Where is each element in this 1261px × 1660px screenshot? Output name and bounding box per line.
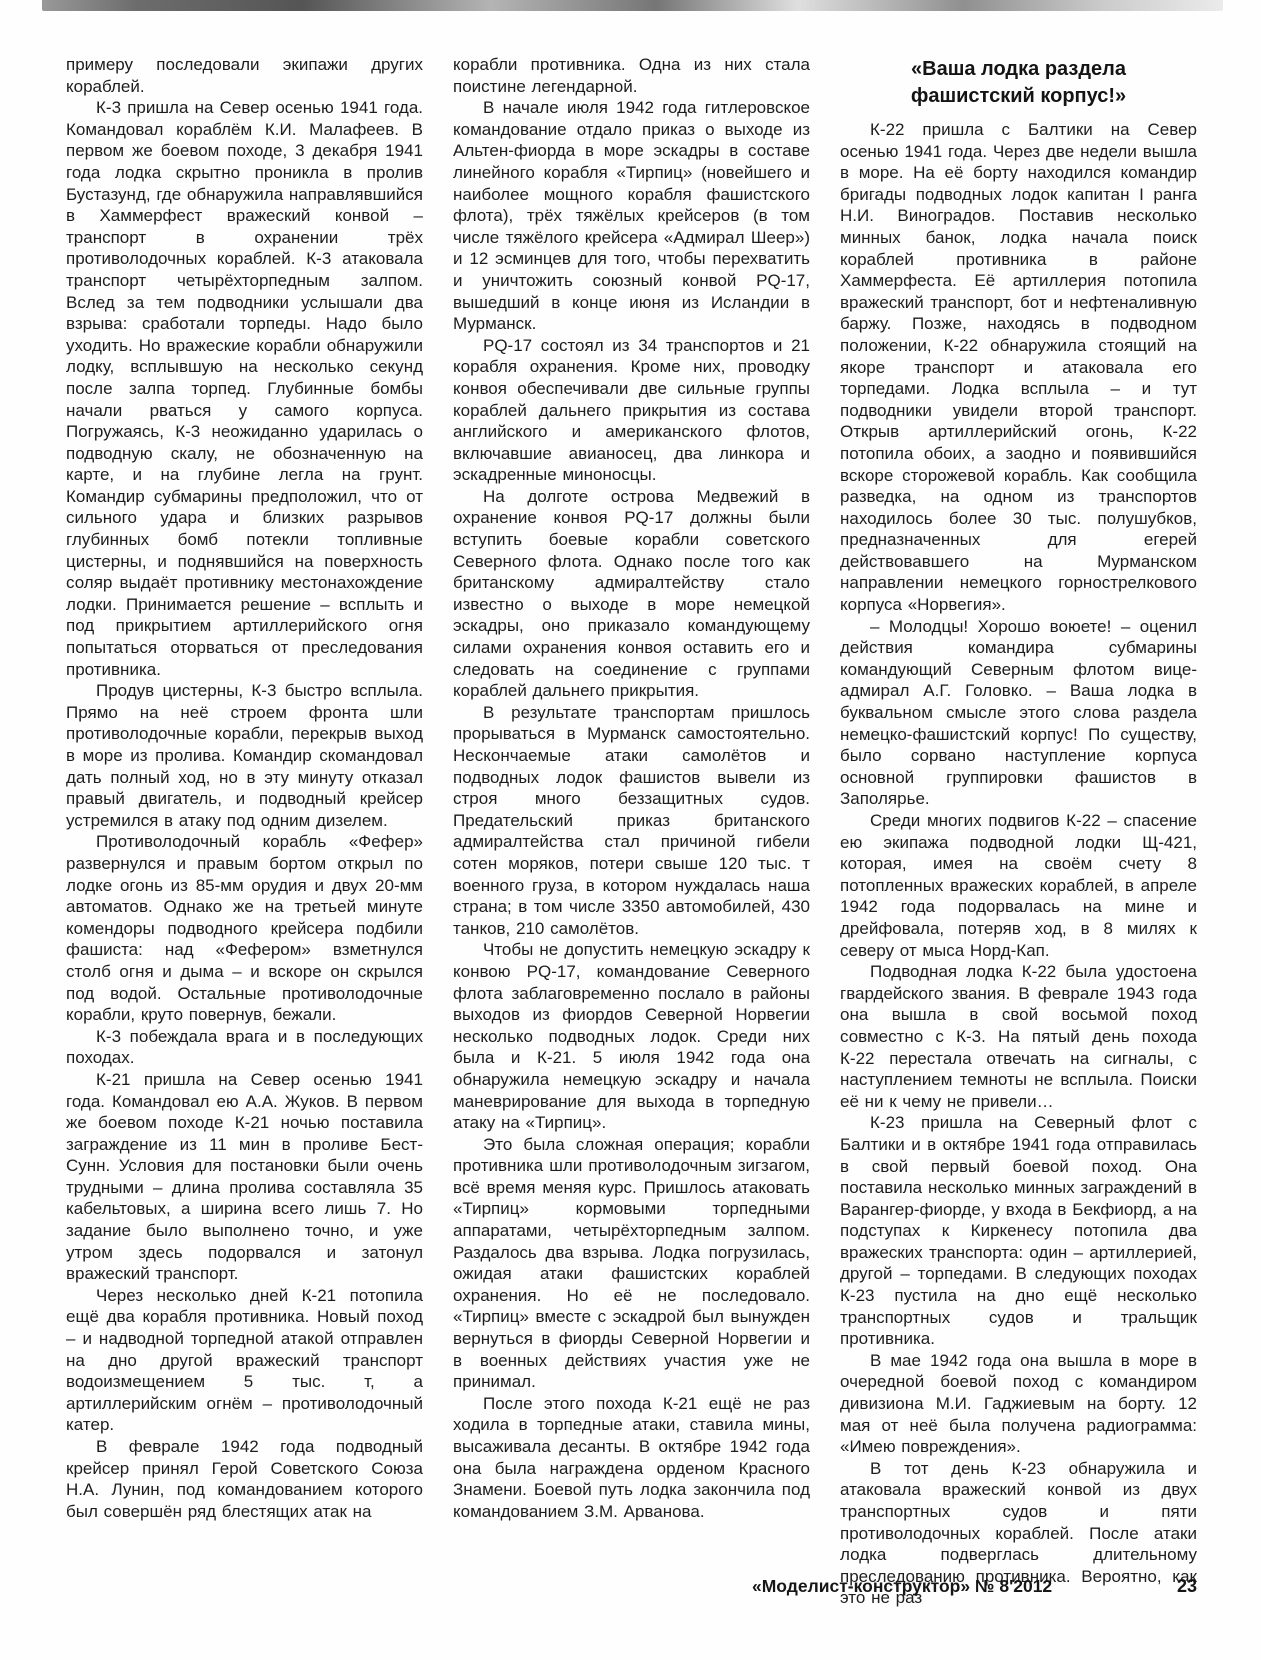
paragraph: Через несколько дней К-21 потопила ещё д… (66, 1285, 423, 1436)
paragraph: В феврале 1942 года подводный крейсер пр… (66, 1436, 423, 1522)
paragraph: В результате транспортам пришлось прорыв… (453, 702, 810, 940)
paragraph: К-3 побеждала врага и в последующих похо… (66, 1026, 423, 1069)
paragraph: К-22 пришла с Балтики на Север осенью 19… (840, 119, 1197, 616)
article-section-heading: «Ваша лодка разделафашистский корпус!» (840, 56, 1197, 110)
column-2-paragraphs: корабли противника. Одна из них стала по… (453, 54, 810, 1522)
page-footer: «Моделист-конструктор» № 8'2012 23 (66, 1576, 1199, 1602)
paragraph: К-21 пришла на Север осенью 1941 года. К… (66, 1069, 423, 1285)
paragraph: В мае 1942 года она вышла в море в очере… (840, 1350, 1197, 1458)
paragraph: Среди многих подвигов К-22 – спасение ею… (840, 810, 1197, 961)
heading-line-2: фашистский корпус!» (911, 85, 1126, 107)
paragraph: корабли противника. Одна из них стала по… (453, 54, 810, 97)
scan-artifact-band (42, 0, 1223, 11)
paragraph: примеру последовали экипажи других кораб… (66, 54, 423, 97)
text-column-2: корабли противника. Одна из них стала по… (453, 54, 810, 1590)
column-3-paragraphs: К-22 пришла с Балтики на Север осенью 19… (840, 119, 1197, 1609)
paragraph: На долготе острова Медвежий в охранение … (453, 486, 810, 702)
paragraph: Продув цистерны, К-3 быстро всплыла. Пря… (66, 680, 423, 831)
paragraph: PQ-17 состоял из 34 транспортов и 21 кор… (453, 335, 810, 486)
text-column-1: примеру последовали экипажи других кораб… (66, 54, 423, 1590)
paragraph: Противолодочный корабль «Фефер» разверну… (66, 831, 423, 1025)
magazine-page: примеру последовали экипажи других кораб… (0, 0, 1261, 1660)
paragraph: К-3 пришла на Север осенью 1941 года. Ко… (66, 97, 423, 680)
article-body: примеру последовали экипажи других кораб… (66, 54, 1199, 1590)
journal-title-footer: «Моделист-конструктор» № 8'2012 (752, 1576, 1052, 1597)
paragraph: Подводная лодка К-22 была удостоена гвар… (840, 961, 1197, 1112)
column-1-paragraphs: примеру последовали экипажи других кораб… (66, 54, 423, 1522)
paragraph: К-23 пришла на Северный флот с Балтики и… (840, 1112, 1197, 1350)
paragraph: Это была сложная операция; корабли проти… (453, 1134, 810, 1393)
paragraph: – Молодцы! Хорошо воюете! – оценил дейст… (840, 616, 1197, 810)
heading-line-1: «Ваша лодка раздела (911, 58, 1126, 80)
text-column-3: «Ваша лодка разделафашистский корпус!» К… (840, 54, 1197, 1590)
paragraph: После этого похода К-21 ещё не раз ходил… (453, 1393, 810, 1523)
paragraph: В начале июля 1942 года гитлеровское ком… (453, 97, 810, 335)
paragraph: Чтобы не допустить немецкую эскадру к ко… (453, 939, 810, 1133)
page-number: 23 (1177, 1576, 1197, 1597)
